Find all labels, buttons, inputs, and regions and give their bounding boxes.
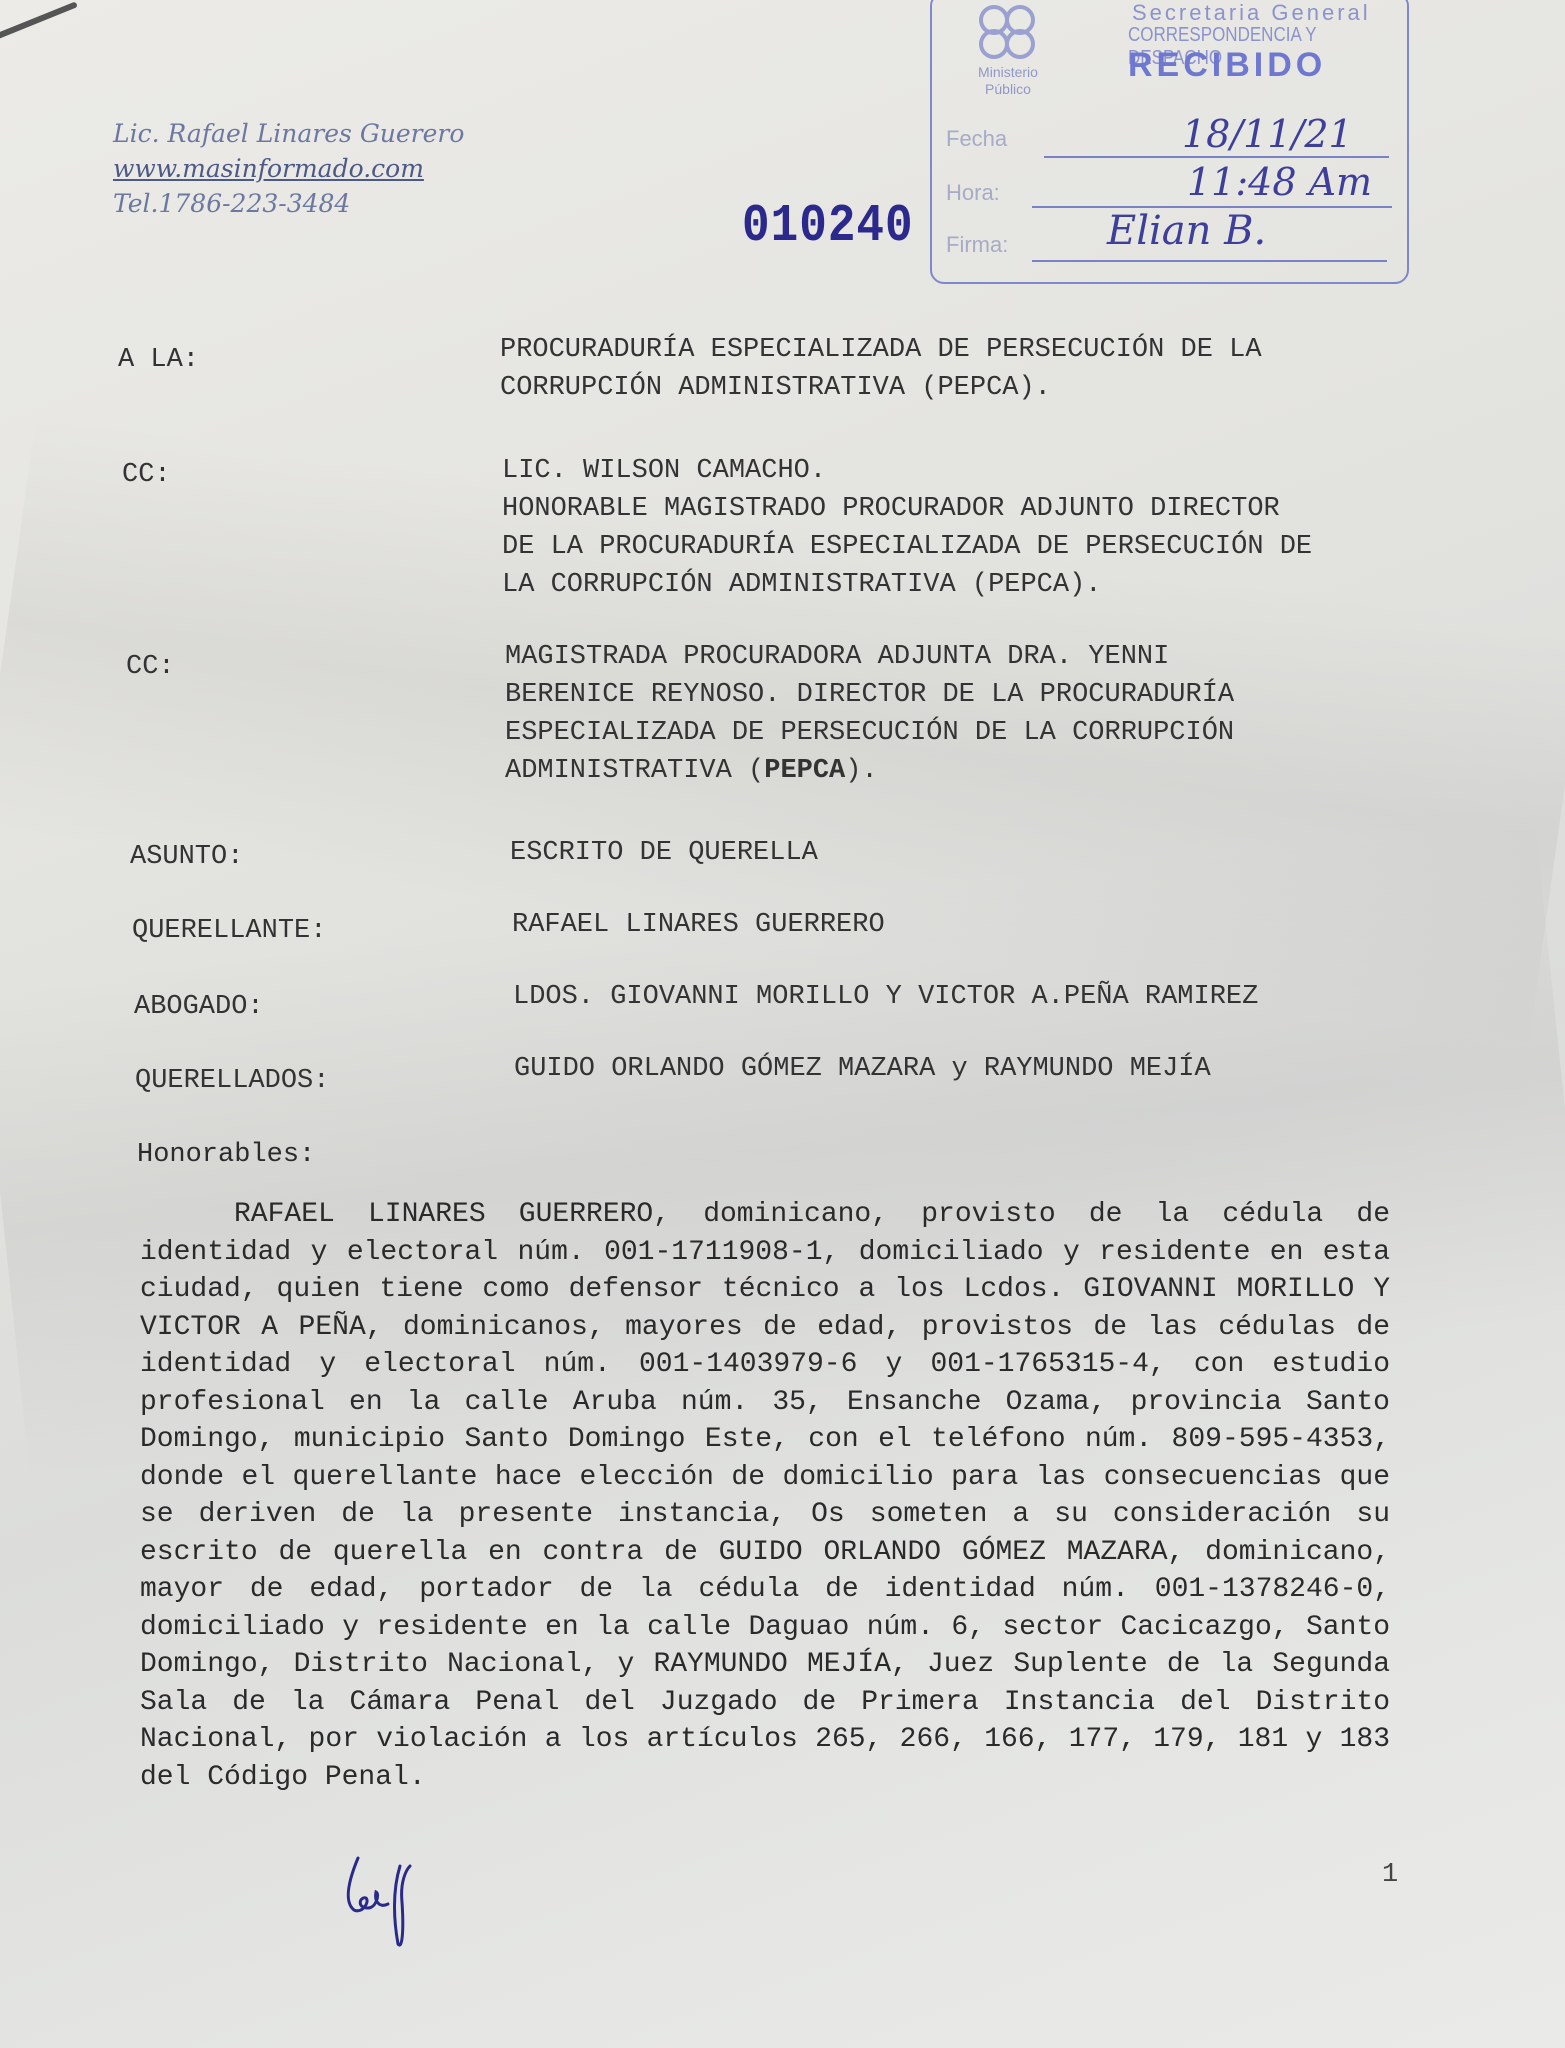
field-value-querellados: GUIDO ORLANDO GÓMEZ MAZARA y RAYMUNDO ME… [514, 1050, 1394, 1088]
stamp-fecha-label: Fecha [946, 126, 1007, 152]
field-value-cc-1: LIC. WILSON CAMACHO. HONORABLE MAGISTRAD… [502, 452, 1382, 604]
field-value-abogado: LDOS. GIOVANNI MORILLO Y VICTOR A.PEÑA R… [513, 978, 1393, 1016]
field-value-a-la: PROCURADURÍA ESPECIALIZADA DE PERSECUCIÓ… [500, 331, 1380, 407]
body-paragraph: RAFAEL LINARES GUERRERO, dominicano, pro… [140, 1196, 1390, 1796]
letterhead-phone: Tel.1786-223-3484 [113, 186, 464, 221]
serial-number: 010240 [742, 196, 914, 256]
field-label-abogado: ABOGADO: [134, 992, 264, 1022]
field-value-cc-2: MAGISTRADA PROCURADORA ADJUNTA DRA. YENN… [505, 638, 1385, 790]
letterhead: Lic. Rafael Linares Guerero www.masinfor… [113, 116, 464, 221]
stamp-fecha-value: 18/11/21 [1182, 112, 1353, 156]
field-label-querellados: QUERELLADOS: [135, 1066, 329, 1096]
stamp-firma-signature: Elian B. [1107, 208, 1266, 254]
field-label-asunto: ASUNTO: [130, 842, 243, 872]
stamp-fecha-line [1044, 156, 1389, 158]
field-label-cc-2: CC: [126, 652, 175, 682]
field-value-asunto: ESCRITO DE QUERELLA [510, 834, 1390, 872]
staple [0, 1, 78, 40]
stamp-firma-label: Firma: [946, 232, 1008, 258]
stamp-hora-value: 11:48 Am [1187, 160, 1372, 204]
stamp-department: Secretaria General [1132, 0, 1371, 26]
field-label-querellante: QUERELLANTE: [132, 916, 326, 946]
reception-stamp: Ministerio Público Secretaria General CO… [930, 0, 1409, 284]
page-number: 1 [1382, 1860, 1398, 1890]
ministerio-logo-icon [972, 2, 1042, 62]
letterhead-name: Lic. Rafael Linares Guerero [113, 116, 464, 151]
stamp-org: Ministerio Público [968, 64, 1048, 98]
stamp-status: RECIBIDO [1128, 46, 1326, 85]
field-value-querellante: RAFAEL LINARES GUERRERO [512, 906, 1392, 944]
salutation: Honorables: [137, 1140, 315, 1170]
letterhead-website[interactable]: www.masinformado.com [113, 151, 464, 186]
field-label-cc-1: CC: [122, 460, 171, 490]
field-label-a-la: A LA: [118, 345, 199, 375]
stamp-hora-label: Hora: [946, 180, 1000, 206]
stamp-firma-line [1032, 260, 1387, 262]
handwritten-initials [340, 1852, 450, 1952]
